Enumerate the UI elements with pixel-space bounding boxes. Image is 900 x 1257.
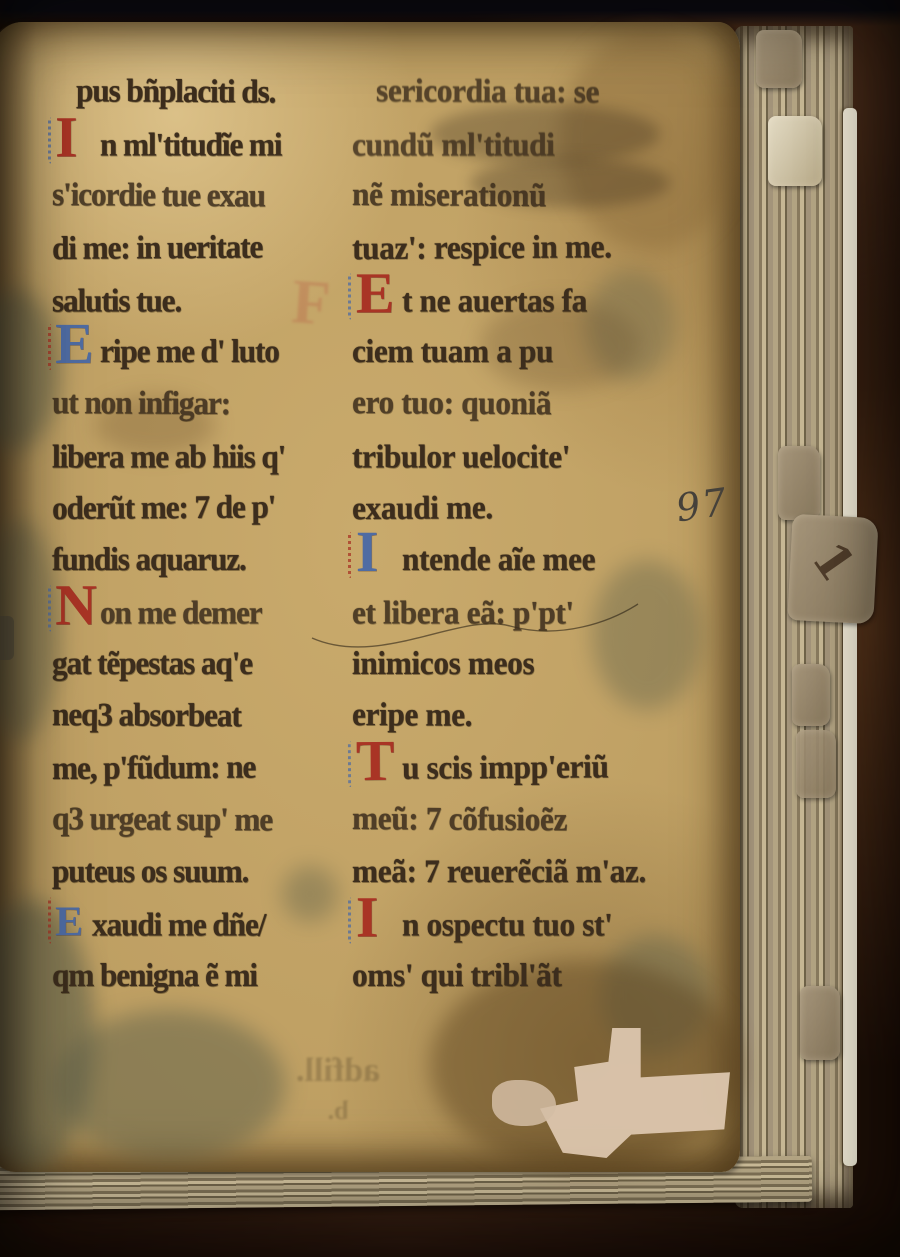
manuscript-line: neq3 absorbeat xyxy=(52,689,344,743)
manuscript-line: sericordia tua: se xyxy=(352,65,674,119)
illuminated-initial: I xyxy=(356,530,390,574)
manuscript-line: s'icordie tue exau xyxy=(52,169,344,223)
manuscript-line: T u scis impp'eriũ xyxy=(352,741,674,795)
manuscript-line: I ntende aĩe mee xyxy=(352,534,674,586)
manuscript-line-text: ripe me d' luto xyxy=(100,326,279,378)
manuscript-line: eripe me. xyxy=(352,689,674,743)
initial-flourish xyxy=(48,898,57,944)
page-tab xyxy=(768,116,822,186)
initial-flourish xyxy=(48,118,57,164)
leather-index-tab: 1 xyxy=(787,514,878,624)
manuscript-line-text: puteus os suum. xyxy=(52,846,248,898)
manuscript-line-text: me, p'fũdum: ne xyxy=(52,742,256,795)
manuscript-line: E t ne auertas fa xyxy=(352,276,674,328)
manuscript-line-text: on me demer xyxy=(100,588,262,640)
manuscript-line: I n ospectu tuo st' xyxy=(352,900,674,952)
illuminated-initial: N xyxy=(55,584,89,628)
initial-flourish xyxy=(348,741,357,787)
illuminated-initial: T xyxy=(356,739,390,783)
initial-flourish xyxy=(348,898,357,944)
manuscript-line-text: meũ: 7 cõfusioẽz xyxy=(352,793,567,846)
manuscript-line-text: exaudi me. xyxy=(352,482,493,535)
manuscript-line-text: ntende aĩe mee xyxy=(402,534,595,586)
manuscript-line: ut non infigar: xyxy=(52,377,344,431)
bleedthrough-word: b. xyxy=(296,1096,380,1126)
manuscript-line-text: t ne auertas fa xyxy=(402,276,587,328)
manuscript-line: me, p'fũdum: ne xyxy=(52,741,344,795)
manuscript-line-text: pus bñplaciti ds. xyxy=(76,65,276,118)
manuscript-line: gat tẽpestas aq'e xyxy=(52,638,344,690)
manuscript-line-text: tribulor uelocite' xyxy=(352,432,570,484)
bleedthrough-red-glyph: F xyxy=(290,267,333,340)
manuscript-line: puteus os suum. xyxy=(52,846,344,898)
manuscript-line: tribulor uelocite' xyxy=(352,432,674,484)
manuscript-line: libera me ab hiis q' xyxy=(52,432,344,484)
manuscript-line-text: s'icordie tue exau xyxy=(52,169,265,222)
manuscript-line: oderũt me: 7 de p' xyxy=(52,481,344,535)
text-column-left: pus bñplaciti ds. I n ml'titudĩe mi s'ic… xyxy=(52,66,344,1002)
page-tab xyxy=(756,30,802,88)
manuscript-line: meã: 7 reuerẽciã m'az. xyxy=(352,846,674,898)
illuminated-initial: E xyxy=(356,272,390,316)
manuscript-line-text: xaudi me dñe/ xyxy=(92,900,265,952)
text-column-right: sericordia tua: se cundũ ml'titudi nẽ mi… xyxy=(352,66,674,1002)
manuscript-line-text: qm benigna ẽ mi xyxy=(52,950,257,1002)
manuscript-line-text: sericordia tua: se xyxy=(376,65,599,118)
manuscript-line-text: di me: in ueritate xyxy=(52,222,263,275)
illuminated-initial: E xyxy=(55,902,81,944)
illuminated-initial: I xyxy=(55,116,89,160)
manuscript-line: ciem tuam a pu xyxy=(352,326,674,378)
manuscript-line-text: n ml'titudĩe mi xyxy=(100,120,281,172)
initial-flourish xyxy=(348,532,357,578)
manuscript-line-text: n ospectu tuo st' xyxy=(402,900,612,952)
manuscript-line: inimicos meos xyxy=(352,638,674,690)
manuscript-line: qm benigna ẽ mi xyxy=(52,950,344,1002)
initial-flourish xyxy=(48,324,57,370)
manuscript-line-text: ut non infigar: xyxy=(52,377,230,430)
manuscript-line-text: gat tẽpestas aq'e xyxy=(52,638,252,690)
initial-flourish xyxy=(48,586,57,632)
bleedthrough-text: adfill. b. xyxy=(296,1052,380,1126)
modern-flyleaf-edge xyxy=(843,108,857,1166)
manuscript-line-text: inimicos meos xyxy=(352,638,534,690)
manuscript-line: E xaudi me dñe/ xyxy=(52,900,344,952)
manuscript-line: I n ml'titudĩe mi xyxy=(52,120,344,172)
manuscript-line-text: oderũt me: 7 de p' xyxy=(52,481,276,535)
manuscript-line: meũ: 7 cõfusioẽz xyxy=(352,793,674,847)
manuscript-line-text: q3 urgeat sup' me xyxy=(52,793,272,846)
manuscript-line: ero tuo: quoniã xyxy=(352,377,674,431)
manuscript-line-text: meã: 7 reuerẽciã m'az. xyxy=(352,846,646,898)
page-tab xyxy=(796,730,836,798)
manuscript-line-text: nẽ miserationũ xyxy=(352,169,546,222)
manuscript-line: et libera eã: p'pt' xyxy=(352,588,674,640)
manuscript-line: exaudi me. xyxy=(352,481,674,535)
manuscript-line: cundũ ml'titudi xyxy=(352,120,674,172)
green-stain xyxy=(55,1010,285,1160)
manuscript-line-text: salutis tue. xyxy=(52,276,181,328)
manuscript-line: oms' qui tribl'ãt xyxy=(352,950,674,1002)
manuscript-line: tuaz': respice in me. xyxy=(352,221,674,275)
repair-patch-small xyxy=(492,1080,556,1126)
manuscript-photo: pus bñplaciti ds. I n ml'titudĩe mi s'ic… xyxy=(0,0,900,1257)
page-tab xyxy=(800,986,840,1060)
manuscript-line-text: libera me ab hiis q' xyxy=(52,432,285,484)
manuscript-line-text: et libera eã: p'pt' xyxy=(352,588,574,640)
page-tab xyxy=(778,446,820,520)
bleedthrough-word: adfill. xyxy=(296,1052,380,1089)
illuminated-initial: E xyxy=(55,322,89,366)
manuscript-line: q3 urgeat sup' me xyxy=(52,793,344,847)
tab-numeral: 1 xyxy=(804,535,862,590)
manuscript-line-text: neq3 absorbeat xyxy=(52,689,241,742)
manuscript-line-text: cundũ ml'titudi xyxy=(352,120,555,172)
illuminated-initial: I xyxy=(356,896,390,940)
manuscript-line: pus bñplaciti ds. xyxy=(52,65,344,119)
folio-number: 97 xyxy=(674,483,731,528)
manuscript-line-text: ciem tuam a pu xyxy=(352,326,553,378)
manuscript-line-text: u scis impp'eriũ xyxy=(402,741,609,794)
manuscript-line: N on me demer xyxy=(52,588,344,640)
manuscript-line: nẽ miserationũ xyxy=(352,169,674,223)
manuscript-line-text: ero tuo: quoniã xyxy=(352,377,552,430)
initial-flourish xyxy=(348,274,357,320)
page-tab xyxy=(792,664,830,726)
manuscript-line-text: oms' qui tribl'ãt xyxy=(352,950,562,1002)
